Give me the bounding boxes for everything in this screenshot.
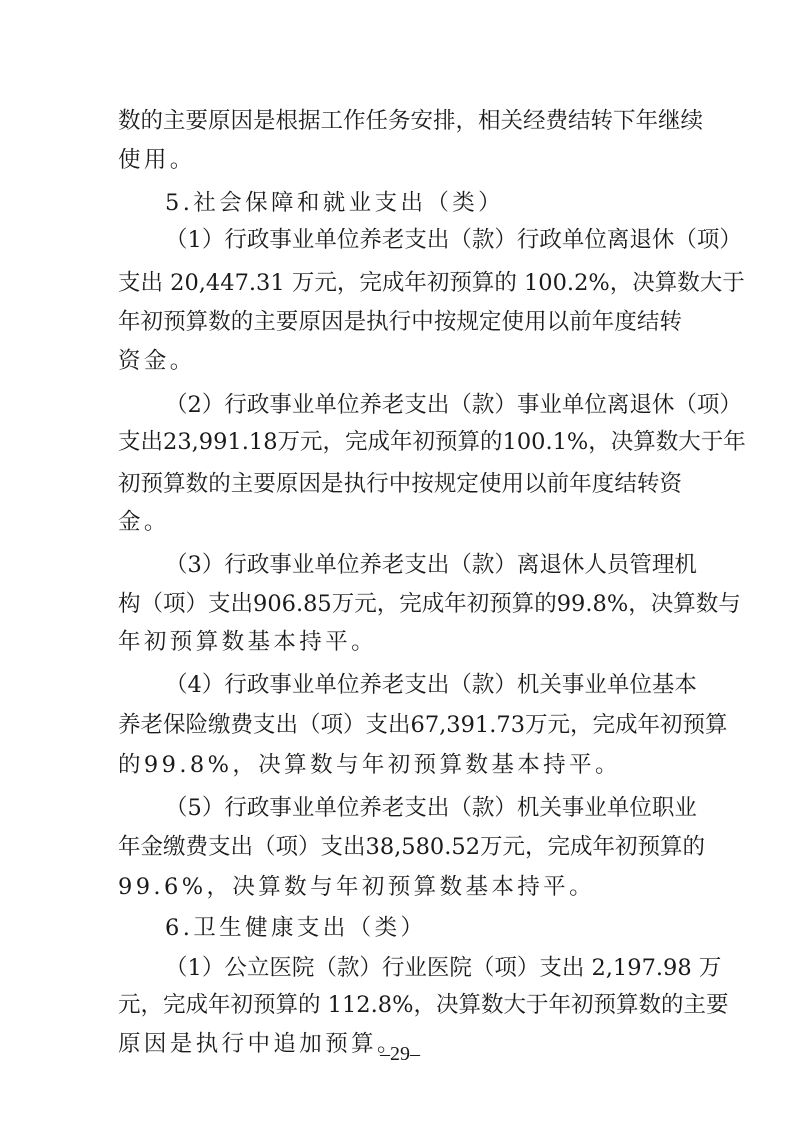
paragraph-line: 元，完成年初预算的 112.8%，决算数大于年初预算数的主要 bbox=[118, 985, 682, 1025]
paragraph-line: （5）行政事业单位养老支出（款）机关事业单位职业 bbox=[165, 788, 682, 828]
page-number: –29– bbox=[0, 1040, 800, 1068]
paragraph-line: （2）行政事业单位养老支出（款）事业单位离退休（项） bbox=[165, 385, 682, 425]
paragraph-line: 99.6%，决算数与年初预算数基本持平。 bbox=[118, 867, 682, 907]
section-heading: 6.卫生健康支出（类） bbox=[165, 908, 682, 948]
paragraph-line: （3）行政事业单位养老支出（款）离退休人员管理机 bbox=[165, 545, 682, 585]
paragraph-line: 初预算数的主要原因是执行中按规定使用以前年度结转资 bbox=[118, 464, 682, 504]
paragraph-line: 支出23,991.18万元，完成年初预算的100.1%，决算数大于年 bbox=[118, 422, 682, 462]
paragraph-line: （1）行政事业单位养老支出（款）行政单位离退休（项） bbox=[165, 220, 682, 260]
paragraph-line: （1）公立医院（款）行业医院（项）支出 2,197.98 万 bbox=[165, 948, 682, 988]
paragraph-line: 的99.8%，决算数与年初预算数基本持平。 bbox=[118, 745, 682, 785]
paragraph-line: 支出 20,447.31 万元，完成年初预算的 100.2%，决算数大于 bbox=[118, 263, 682, 303]
paragraph-line: 构（项）支出906.85万元，完成年初预算的99.8%，决算数与 bbox=[118, 584, 682, 624]
paragraph-line: 年初预算数的主要原因是执行中按规定使用以前年度结转 bbox=[118, 302, 682, 342]
paragraph-line: 使用。 bbox=[118, 140, 682, 180]
document-page: 数的主要原因是根据工作任务安排，相关经费结转下年继续 使用。 5.社会保障和就业… bbox=[0, 0, 800, 1131]
paragraph-line: 年金缴费支出（项）支出38,580.52万元，完成年初预算的 bbox=[118, 827, 682, 867]
paragraph-line: 年初预算数基本持平。 bbox=[118, 622, 682, 662]
paragraph-line: 养老保险缴费支出（项）支出67,391.73万元，完成年初预算 bbox=[118, 705, 682, 745]
section-heading: 5.社会保障和就业支出（类） bbox=[165, 183, 682, 223]
paragraph-line: 资金。 bbox=[118, 341, 682, 381]
paragraph-line: 数的主要原因是根据工作任务安排，相关经费结转下年继续 bbox=[118, 101, 682, 141]
paragraph-line: （4）行政事业单位养老支出（款）机关事业单位基本 bbox=[165, 665, 682, 705]
paragraph-line: 金。 bbox=[118, 502, 682, 542]
